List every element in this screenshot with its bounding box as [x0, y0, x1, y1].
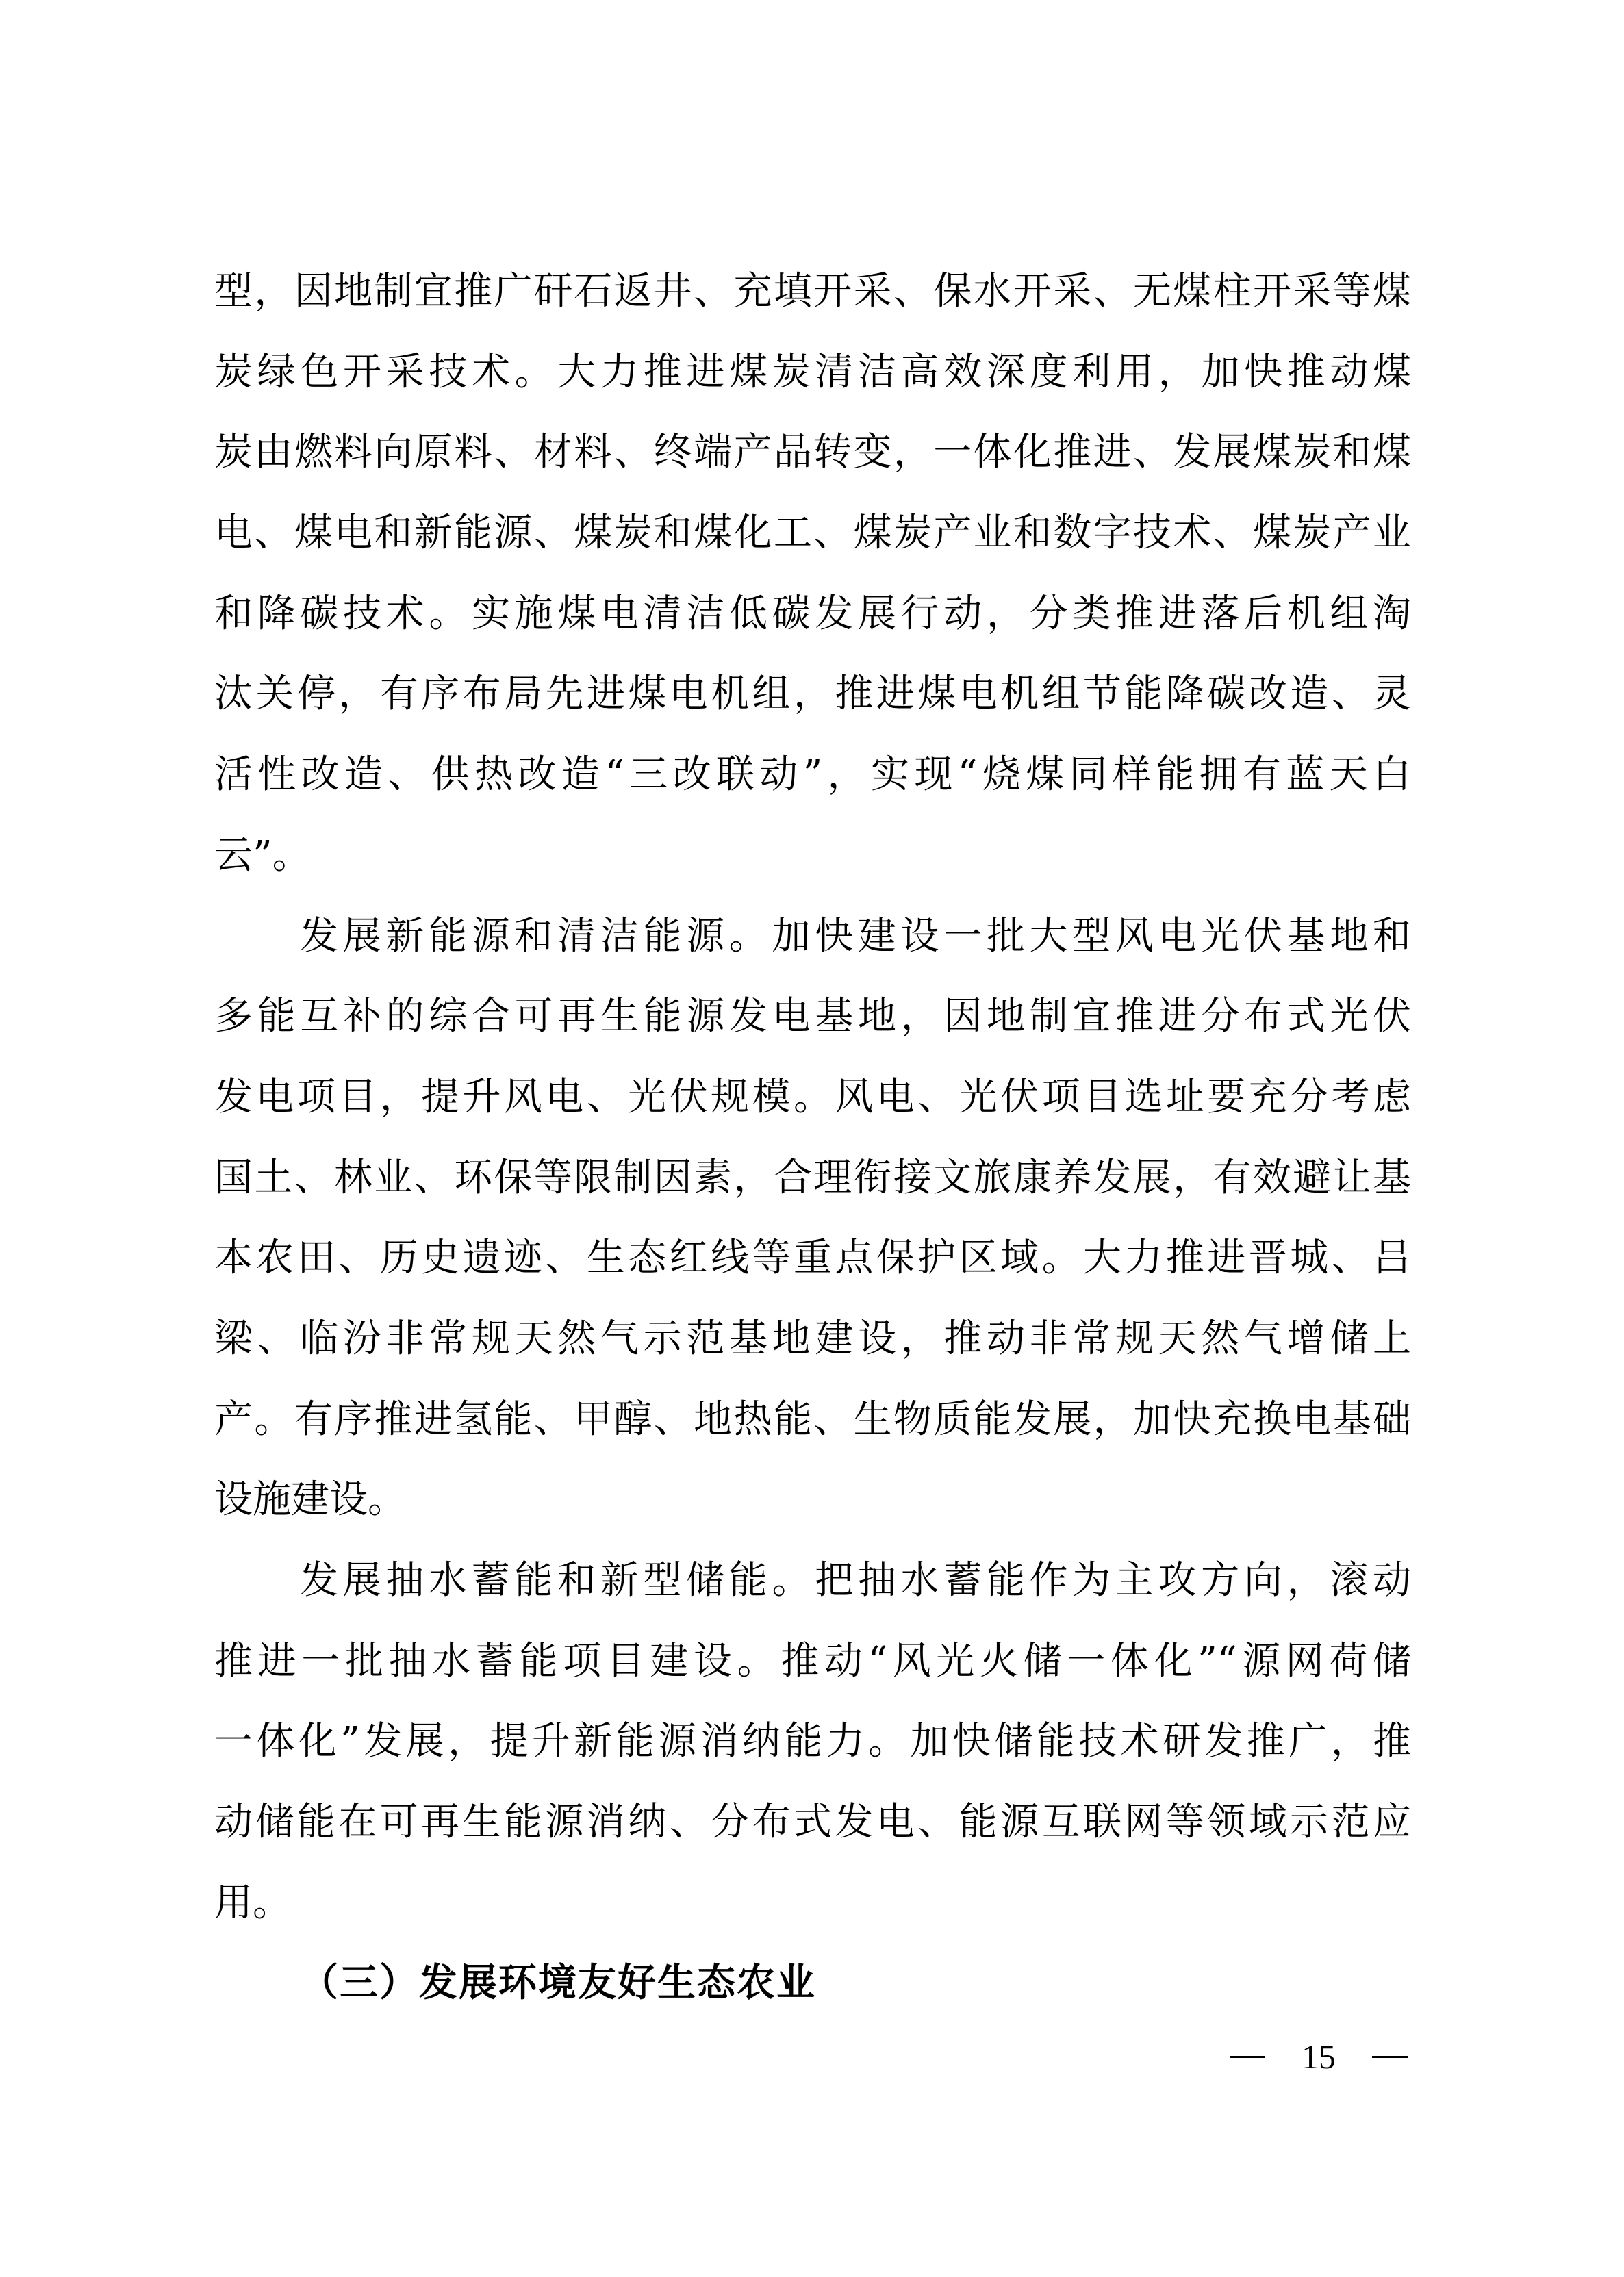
- text-line: 本农田、历史遗迹、生态红线等重点保护区域。大力推进晋城、吕: [214, 1218, 1411, 1299]
- text-line: 梁、临汾非常规天然气示范基地建设，推动非常规天然气增储上: [214, 1299, 1411, 1379]
- text-line: 发电项目，提升风电、光伏规模。风电、光伏项目选址要充分考虑: [214, 1057, 1411, 1138]
- page-number: 15: [1230, 2032, 1408, 2081]
- text-line: 一体化”发展，提升新能源消纳能力。加快储能技术研发推广，推: [214, 1701, 1411, 1782]
- text-line: 用。: [214, 1863, 1411, 1944]
- text-line: 炭由燃料向原料、材料、终端产品转变，一体化推进、发展煤炭和煤: [214, 412, 1411, 493]
- text-line: 发展抽水蓄能和新型储能。把抽水蓄能作为主攻方向，滚动: [214, 1540, 1411, 1621]
- text-line: 汰关停，有序布局先进煤电机组，推进煤电机组节能降碳改造、灵: [214, 654, 1411, 735]
- text-line: 推进一批抽水蓄能项目建设。推动“风光火储一体化”“源网荷储: [214, 1621, 1411, 1702]
- text-line: 活性改造、供热改造“三改联动”，实现“烧煤同样能拥有蓝天白: [214, 735, 1411, 815]
- text-line: 发展新能源和清洁能源。加快建设一批大型风电光伏基地和: [214, 896, 1411, 977]
- text-line: 多能互补的综合可再生能源发电基地，因地制宜推进分布式光伏: [214, 976, 1411, 1057]
- paragraph-new-energy: 发展新能源和清洁能源。加快建设一批大型风电光伏基地和 多能互补的综合可再生能源发…: [214, 896, 1411, 1541]
- paragraph-energy-storage: 发展抽水蓄能和新型储能。把抽水蓄能作为主攻方向，滚动 推进一批抽水蓄能项目建设。…: [214, 1540, 1411, 1943]
- paragraph-coal-clean-use: 型，因地制宜推广矸石返井、充填开采、保水开采、无煤柱开采等煤 炭绿色开采技术。大…: [214, 251, 1411, 896]
- text-line: 电、煤电和新能源、煤炭和煤化工、煤炭产业和数字技术、煤炭产业: [214, 493, 1411, 574]
- text-line: 和降碳技术。实施煤电清洁低碳发展行动，分类推进落后机组淘: [214, 574, 1411, 654]
- page-number-dash-left: [1230, 2056, 1265, 2058]
- page-number-value: 15: [1302, 2037, 1336, 2076]
- body-text: 型，因地制宜推广矸石返井、充填开采、保水开采、无煤柱开采等煤 炭绿色开采技术。大…: [214, 251, 1411, 2024]
- text-line: 型，因地制宜推广矸石返井、充填开采、保水开采、无煤柱开采等煤: [214, 251, 1411, 332]
- text-line: 国土、林业、环保等限制因素，合理衔接文旅康养发展，有效避让基: [214, 1138, 1411, 1219]
- page-number-dash-right: [1372, 2056, 1408, 2058]
- text-line: 云”。: [214, 815, 1411, 896]
- text-line: 炭绿色开采技术。大力推进煤炭清洁高效深度利用，加快推动煤: [214, 332, 1411, 413]
- section-heading: （三）发展环境友好生态农业: [214, 1943, 1411, 2024]
- text-line: 动储能在可再生能源消纳、分布式发电、能源互联网等领域示范应: [214, 1782, 1411, 1863]
- document-page: 型，因地制宜推广矸石返井、充填开采、保水开采、无煤柱开采等煤 炭绿色开采技术。大…: [0, 0, 1624, 2277]
- text-line: 产。有序推进氢能、甲醇、地热能、生物质能发展，加快充换电基础: [214, 1379, 1411, 1460]
- text-line: 设施建设。: [214, 1460, 1411, 1540]
